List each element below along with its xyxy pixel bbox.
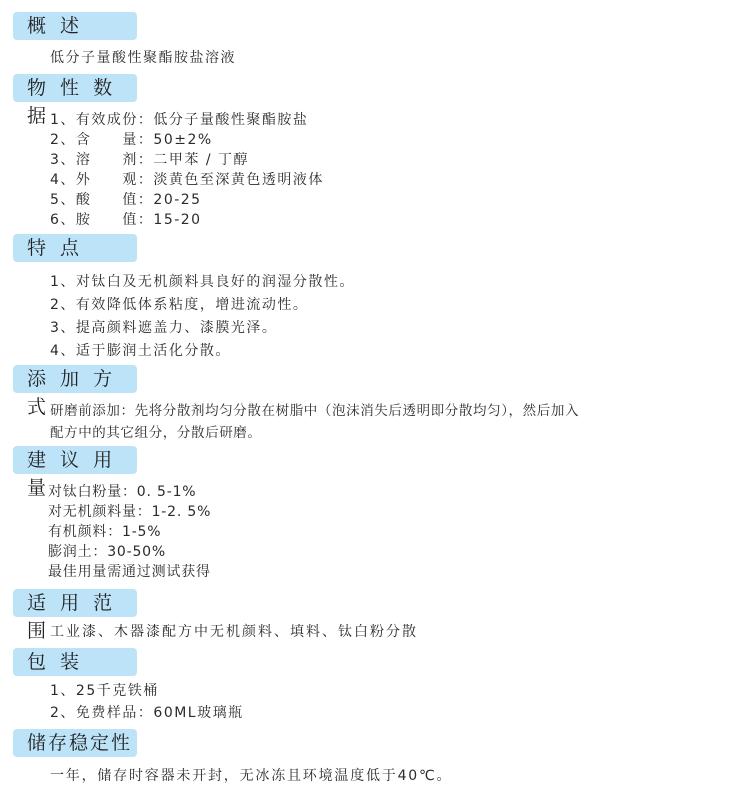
feature-item: 2、有效降低体系粘度，增进流动性。 xyxy=(50,295,308,315)
dosage-item: 有机颜料：1-5% xyxy=(48,522,161,542)
section-header-scope: 适 用 范 围 xyxy=(13,589,137,617)
property-item: 5、酸 值：20-25 xyxy=(50,190,202,210)
section-header-features: 特 点 xyxy=(13,234,137,262)
scope-text: 工业漆、木器漆配方中无机颜料、填料、钛白粉分散 xyxy=(50,622,418,642)
feature-item: 3、提高颜料遮盖力、漆膜光泽。 xyxy=(50,318,277,338)
section-header-overview: 概 述 xyxy=(13,12,137,40)
dosage-item: 膨润土：30-50% xyxy=(48,542,166,562)
section-header-addition-method: 添 加 方 式 xyxy=(13,365,137,393)
overview-text: 低分子量酸性聚酯胺盐溶液 xyxy=(50,48,236,68)
property-item: 4、外 观：淡黄色至深黄色透明液体 xyxy=(50,170,324,190)
section-header-dosage: 建 议 用 量 xyxy=(13,446,137,474)
property-item: 2、含 量：50±2% xyxy=(50,130,213,150)
section-header-storage-stability: 储存稳定性 xyxy=(13,729,137,757)
packaging-item: 1、25千克铁桶 xyxy=(50,681,159,701)
property-item: 3、溶 剂：二甲苯 / 丁醇 xyxy=(50,150,249,170)
dosage-item: 最佳用量需通过测试获得 xyxy=(48,562,211,582)
feature-item: 4、适于膨润土活化分散。 xyxy=(50,341,231,361)
storage-text: 一年，储存时容器未开封，无冰冻且环境温度低于40℃。 xyxy=(50,766,452,786)
property-item: 6、胺 值：15-20 xyxy=(50,210,202,230)
feature-item: 1、对钛白及无机颜料具良好的润湿分散性。 xyxy=(50,272,355,292)
section-header-properties: 物 性 数 据 xyxy=(13,74,137,102)
packaging-item: 2、免费样品：60ML玻璃瓶 xyxy=(50,703,244,723)
dosage-item: 对无机颜料量：1-2. 5% xyxy=(48,502,211,522)
addition-method-text: 研磨前添加：先将分散剂均匀分散在树脂中（泡沫消失后透明即分散均匀），然后加入 xyxy=(50,401,579,421)
dosage-item: 对钛白粉量：0. 5-1% xyxy=(48,482,196,502)
section-header-packaging: 包 装 xyxy=(13,648,137,676)
property-item: 1、有效成份：低分子量酸性聚酯胺盐 xyxy=(50,110,308,130)
addition-method-text: 配方中的其它组分，分散后研磨。 xyxy=(50,423,262,443)
